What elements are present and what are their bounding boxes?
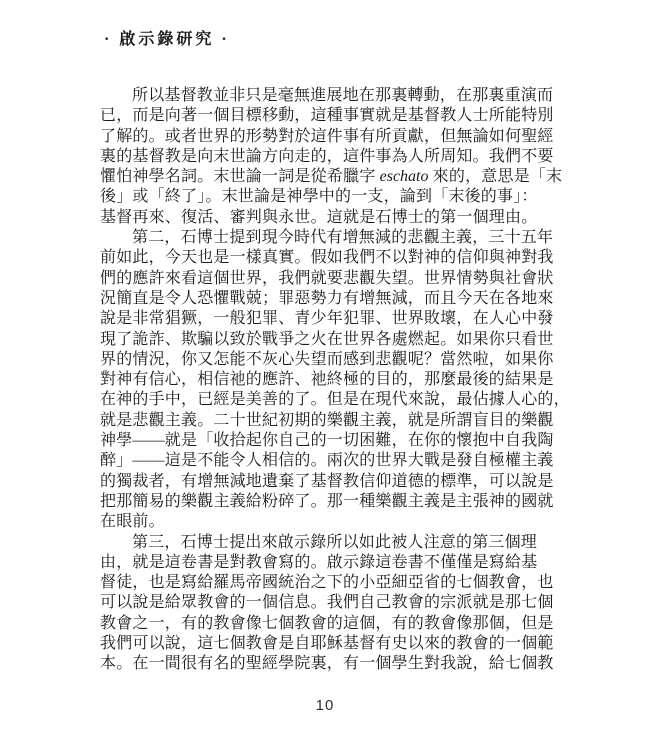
text-line: 第二，石博士提到現今時代有增無減的悲觀主義，三十五年 [100,228,558,248]
text-line: 就是悲觀主義。二十世紀初期的樂觀主義，就是所謂盲目的樂觀 [100,411,558,431]
text-line: 說是非常猖獗，一般犯罪、青少年犯罪、世界敗壞，在人心中發 [100,309,558,329]
text-line: 第三，石博士提出來啟示錄所以如此被人注意的第三個理 [100,533,558,553]
text-line: 所以基督教並非只是毫無進展地在那裏轉動，在那裏重演而 [100,86,558,106]
text-line: 現了詭詐、欺騙以致於戰爭之火在世界各處燃起。如果你只看世 [100,330,558,350]
text-line: 在神的手中，已經是美善的了。但是在現代來說，最佔據人心的， [100,390,558,410]
text-line: 已，而是向著一個目標移動，這種事實就是基督教人士所能特別 [100,106,558,126]
running-header: · 啟示錄研究 · [104,26,230,49]
text-line: 懼怕神學名詞。末世論一詞是從希臘字 eschato 來的，意思是「末 [100,167,558,187]
text-line: 教會之一，有的教會像七個教會的這個，有的教會像那個，但是 [100,614,558,634]
text-line: 可以說是給眾教會的一個信息。我們自己教會的宗派就是那七個 [100,593,558,613]
text-line: 對神有信心，相信祂的應許、祂終極的目的，那麼最後的結果是 [100,370,558,390]
text-line: 基督再來、復活、審判與永世。這就是石博士的第一個理由。 [100,208,558,228]
text-line: 裏的基督教是向末世論方向走的，這件事為人所周知。我們不要 [100,147,558,167]
text-line: 本。在一間很有名的聖經學院裏，有一個學生對我說，給七個教 [100,654,558,674]
text-line: 神學——就是「收拾起你自己的一切困難，在你的懷抱中自我陶 [100,431,558,451]
text-line: 由，就是這卷書是對教會寫的。啟示錄這卷書不僅僅是寫給基 [100,553,558,573]
text-line: 督徒，也是寫給羅馬帝國統治之下的小亞細亞省的七個教會，也 [100,573,558,593]
text-line: 的獨裁者，有增無減地遺棄了基督教信仰道德的標準，可以說是 [100,472,558,492]
book-page: · 啟示錄研究 · 所以基督教並非只是毫無進展地在那裏轉動，在那裏重演而已，而是… [0,0,650,750]
page-number: 10 [0,697,650,714]
text-line: 後」或「終了」。末世論是神學中的一支，論到「末後的事」： [100,187,558,207]
text-block: 所以基督教並非只是毫無進展地在那裏轉動，在那裏重演而已，而是向著一個目標移動，這… [100,86,558,675]
transliterated-term: eschato [380,168,429,185]
text-line: 醉」——這是不能令人相信的。兩次的世界大戰是發自極權主義 [100,451,558,471]
text-line: 前如此，今天也是一樣真實。假如我們不以對神的信仰與神對我 [100,248,558,268]
text-line: 了解的。或者世界的形勢對於這件事有所貢獻，但無論如何聖經 [100,127,558,147]
text-line: 把那簡易的樂觀主義給粉碎了。那一種樂觀主義是主張神的國就 [100,492,558,512]
text-line: 況簡直是令人恐懼戰兢；罪惡勢力有增無減，而且今天在各地來 [100,289,558,309]
text-line: 們的應許來看這個世界，我們就要悲觀失望。世界情勢與社會狀 [100,269,558,289]
text-line: 我們可以說，這七個教會是自耶穌基督有史以來的教會的一個範 [100,634,558,654]
text-line: 界的情況，你又怎能不灰心失望而感到悲觀呢？當然啦，如果你 [100,350,558,370]
text-line: 在眼前。 [100,512,558,532]
